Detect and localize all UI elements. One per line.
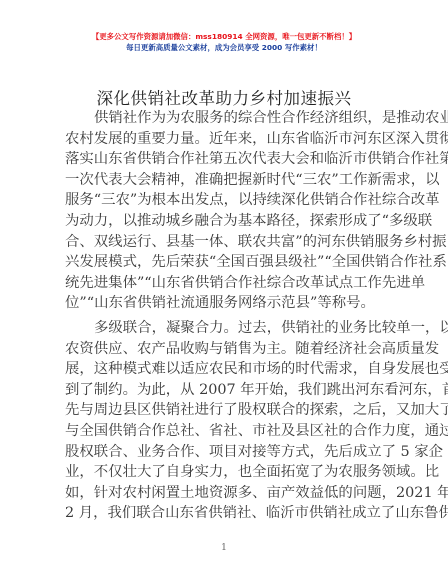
paragraph-line: 股权联合、业务合作、项目对接等方式，先后成立了 5 家企 <box>65 442 383 463</box>
paragraph-line: 位”“山东省供销社流通服务网络示范县”等称号。 <box>65 293 383 314</box>
paragraph-line: 为动力，以推动城乡融合为基本路径，探索形成了“多级联 <box>65 211 383 232</box>
document-page: 【更多公文写作资源请加微信：mss180914 全网资源，唯一包更新不断档！】 … <box>0 0 448 580</box>
document-title: 深化供销社改革助力乡村加速振兴 <box>0 85 448 109</box>
paragraph-line: 统先进集体”“山东省供销合作社综合改革试点工作先进单 <box>65 273 383 294</box>
paragraph-line: 2 月，我们联合山东省供销社、临沂市供销社成立了山东鲁供 <box>65 503 383 524</box>
paragraph-1: 供销社作为为农服务的综合性合作经济组织，是推动农业 农村发展的重要力量。近年来，… <box>65 108 383 314</box>
paragraph-line: 农资供应、农产品收购与销售为主。随着经济社会高质量发 <box>65 339 383 360</box>
paragraph-line: 服务“三农”为根本出发点，以持续深化供销合作社综合改革 <box>65 190 383 211</box>
paragraph-line: 供销社作为为农服务的综合性合作经济组织，是推动农业 <box>65 108 383 129</box>
paragraph-line: 到了制约。为此，从 2007 年开始，我们跳出河东看河东，首 <box>65 380 383 401</box>
promo-banner-line-1: 【更多公文写作资源请加微信：mss180914 全网资源，唯一包更新不断档！】 <box>0 31 448 42</box>
paragraph-line: 如，针对农村闲置土地资源多、亩产效益低的问题，2021 年 <box>65 483 383 504</box>
paragraph-line: 与全国供销合作总社、省社、市社及县区社的合作力度，通过 <box>65 421 383 442</box>
paragraph-line: 先与周边县区供销社进行了股权联合的探索，之后，又加大了 <box>65 400 383 421</box>
promo-banner-line-2: 每日更新高质量公文素材，成为会员享受 2000 写作素材！ <box>0 42 448 53</box>
page-number: 1 <box>0 543 448 553</box>
paragraph-line: 业，不仅壮大了自身实力，也全面拓宽了为农服务领域。比 <box>65 462 383 483</box>
paragraph-line: 兴发展模式，先后荣获“全国百强县级社”“全国供销合作社系 <box>65 252 383 273</box>
paragraph-line: 落实山东省供销合作社第五次代表大会和临沂市供销合作社第 <box>65 149 383 170</box>
paragraph-line: 多级联合，凝聚合力。过去，供销社的业务比较单一，以 <box>65 318 383 339</box>
paragraph-2: 多级联合，凝聚合力。过去，供销社的业务比较单一，以 农资供应、农产品收购与销售为… <box>65 318 383 524</box>
paragraph-line: 农村发展的重要力量。近年来，山东省临沂市河东区深入贯彻 <box>65 129 383 150</box>
paragraph-line: 一次代表大会精神，准确把握新时代“三农”工作新需求，以 <box>65 170 383 191</box>
paragraph-line: 合、双线运行、县基一体、联农共富”的河东供销服务乡村振 <box>65 232 383 253</box>
paragraph-line: 展，这种模式难以适应农民和市场的时代需求，自身发展也受 <box>65 359 383 380</box>
